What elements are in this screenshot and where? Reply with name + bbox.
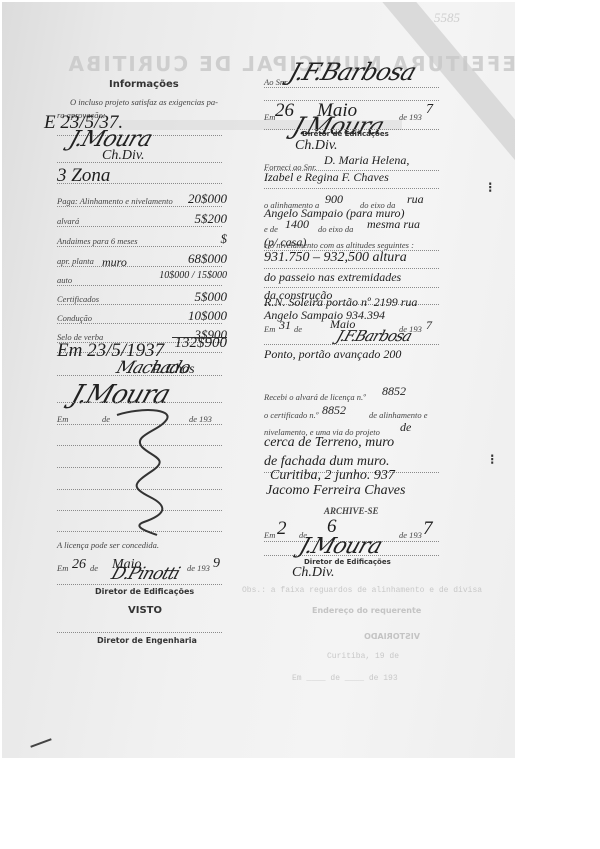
bleed-through-line-2: Endereço do requerente: [312, 606, 421, 615]
scratch-mark: [30, 738, 51, 747]
director-edificacoes-label: Diretor de Edificações: [95, 587, 194, 596]
dotted-line: [57, 162, 222, 163]
alinhamento-street-1: rua: [407, 192, 424, 207]
fee-value: 10$000 / 15$000: [142, 270, 227, 281]
bleed-through-line-3: VISTORIADO: [364, 632, 420, 641]
dotted-line: [57, 632, 222, 633]
fee-value: 5$200: [142, 211, 227, 227]
license-text: A licença pode ser concedida.: [57, 540, 159, 550]
margin-mark: ⁝: [490, 452, 494, 469]
scanned-document-page: 5585 PREFEITURA MUNICIPAL DE CURITIBA In…: [2, 2, 515, 758]
fee-label: Condução: [57, 313, 92, 323]
archive-title: Ch.Div.: [292, 565, 335, 581]
right-signature-title: Ch.Div.: [295, 138, 338, 154]
alinhamento-street-2: mesma rua: [367, 217, 420, 232]
visto-heading: VISTO: [128, 605, 162, 616]
nivel-signature: J.F.Barbosa: [334, 327, 414, 345]
fee-value: 20$000: [142, 191, 227, 207]
fee-value: $: [142, 231, 227, 247]
right-date-year-digit: 7: [426, 102, 433, 118]
informacoes-heading: Informações: [109, 79, 179, 90]
nivelamento-label: e o nivelamento com as altitudes seguint…: [264, 240, 414, 250]
alinhamento-value-2: 1400: [285, 217, 309, 232]
archive-signature: J.Moura: [296, 534, 385, 559]
nivel-date-mid: de: [294, 324, 302, 334]
projeto-line-3: Curitiba, 2 junho. 937: [270, 468, 395, 484]
license-date-mid: de: [90, 563, 98, 573]
alinhamento-prefix-2: e de: [264, 224, 278, 234]
projeto-line-1: cerca de Terreno, muro: [264, 435, 394, 451]
nivelamento-line-1: 931.750 – 932,500 altura: [264, 250, 407, 266]
intro-line1: O incluso projeto satisfaz as exigencias…: [70, 97, 218, 107]
fee-note: muro: [102, 255, 127, 270]
nivel-note: Ponto, portão avançado 200: [264, 347, 401, 362]
recebi-number: 8852: [382, 384, 406, 399]
dotted-line: [57, 375, 222, 376]
license-date-year-digit: 9: [213, 556, 220, 572]
bleed-through-line-1: Obs.: a faixa reguardos de alinhamento e…: [242, 586, 482, 595]
archive-heading: ARCHIVE-SE: [324, 506, 379, 516]
margin-mark: ⁝: [488, 180, 492, 197]
license-date-suffix: de 193: [187, 563, 210, 573]
bleed-through-header: PREFEITURA MUNICIPAL DE CURITIBA: [30, 52, 515, 78]
nivel-date-prefix: Em: [264, 324, 275, 334]
fee-value: 5$000: [142, 289, 227, 305]
projeto-hand: de: [400, 420, 411, 435]
fee-label: alvará: [57, 216, 79, 226]
fornec-name-line2: Izabel e Regina F. Chaves: [264, 170, 389, 185]
dotted-line: [264, 268, 439, 269]
fee-label: Andaimes para 6 meses: [57, 236, 138, 246]
archive-date-suffix: de 193: [399, 530, 422, 540]
alinhamento-mid-2: do eixo da: [318, 224, 353, 234]
dotted-line: [264, 188, 439, 189]
date-suffix: de 193: [189, 414, 212, 424]
bleed-through-line-4: Curitiba, 19 de: [327, 652, 399, 661]
fee-label: Certificados: [57, 294, 99, 304]
fee-value: 68$000: [142, 251, 227, 267]
license-date-day: 26: [72, 557, 86, 573]
date-prefix: Em: [57, 414, 68, 424]
certificado-label: o certificado n.º: [264, 410, 318, 420]
dotted-line: [57, 285, 222, 286]
dotted-line: [57, 183, 222, 184]
date-mid: de: [102, 414, 110, 424]
cancel-squiggle-mark: [112, 407, 182, 537]
right-date-day: 26: [275, 100, 294, 122]
dotted-line: [264, 87, 439, 88]
fee-label: auto: [57, 275, 72, 285]
dotted-line: [57, 402, 222, 403]
certificado-number: 8852: [322, 403, 346, 418]
bleed-through-line-5: Em ____ de ____ de 193: [292, 674, 398, 683]
fee-value: 10$000: [142, 308, 227, 324]
right-date-prefix: Em: [264, 112, 275, 122]
license-signature: D.Pinotti: [109, 564, 182, 584]
archive-date-day: 2: [277, 518, 287, 540]
nivel-date-year-digit: 7: [426, 318, 432, 333]
signature-3: J.Moura: [67, 380, 173, 410]
license-date-prefix: Em: [57, 563, 68, 573]
projeto-signature: Jacomo Ferreira Chaves: [266, 483, 405, 499]
archive-date-prefix: Em: [264, 530, 275, 540]
archive-date-year-digit: 7: [423, 518, 433, 540]
nivelamento-line-2: do passeio nas extremidades: [264, 270, 401, 285]
alinhamento-value-1: 900: [325, 192, 343, 207]
dotted-line: [57, 584, 222, 585]
nivel-date-day: 31: [279, 318, 291, 333]
certificado-suffix: de alinhamento e: [369, 410, 428, 420]
recebi-label: Recebi o alvará de licença n.º: [264, 392, 366, 402]
fornec-name-line1: D. Maria Helena,: [324, 153, 409, 168]
to-name: J.F.Barbosa: [285, 58, 419, 86]
fee-label: apr. planta: [57, 256, 94, 266]
director-engenharia-label: Diretor de Engenharia: [97, 636, 197, 645]
right-director-label: Diretor de Edificações: [302, 130, 389, 138]
corner-stamp-number: 5585: [434, 10, 460, 26]
dotted-line: [264, 344, 439, 345]
right-date-suffix: de 193: [399, 112, 422, 122]
